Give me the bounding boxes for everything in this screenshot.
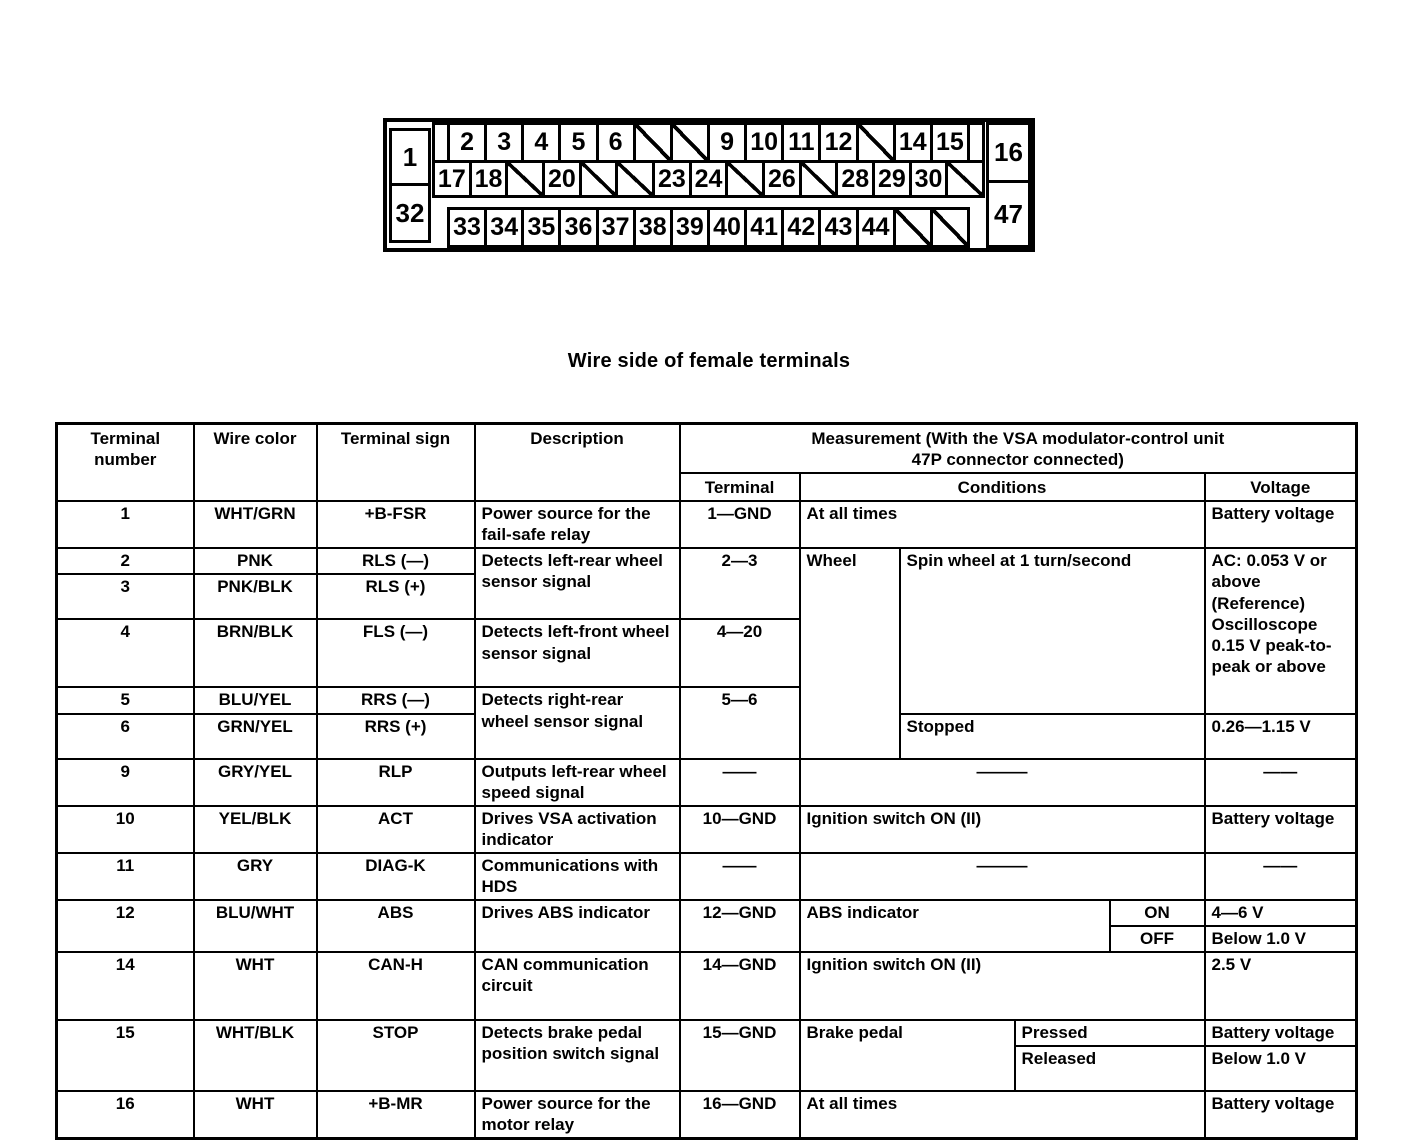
cell-number: 2 — [57, 548, 194, 574]
cell-wire-color: BRN/BLK — [194, 619, 317, 687]
cell-sign: RLS (—) — [317, 548, 475, 574]
cell-sign: RRS (+) — [317, 714, 475, 759]
pin-cell-6: 6 — [596, 122, 636, 163]
table-row-terminal-2: 2 PNK RLS (—) Detects left-rear wheel se… — [57, 548, 1357, 574]
pin-cell-14: 14 — [893, 122, 933, 163]
cell-sign: RRS (—) — [317, 687, 475, 713]
cell-number: 10 — [57, 806, 194, 853]
pin-cell-24: 24 — [689, 160, 729, 198]
cell-conditions: At all times — [800, 1091, 1205, 1139]
cell-description: Detects right-rear wheel sensor signal — [475, 687, 680, 758]
cell-wire-color: PNK/BLK — [194, 574, 317, 619]
table-row-terminal-11: 11 GRY DIAG-K Communications with HDS ——… — [57, 853, 1357, 900]
connector-pin-row-3: 333435363738394041424344 — [432, 207, 985, 248]
cell-condition-released: Released — [1015, 1046, 1205, 1091]
pin-cell-unused — [893, 207, 933, 248]
pin-cell-41: 41 — [744, 207, 784, 248]
cell-description: CAN communication circuit — [475, 952, 680, 1020]
table-row-terminal-14: 14 WHT CAN-H CAN communication circuit 1… — [57, 952, 1357, 1020]
cell-sign: +B-MR — [317, 1091, 475, 1139]
cell-number: 4 — [57, 619, 194, 687]
cell-number: 16 — [57, 1091, 194, 1139]
cell-number: 3 — [57, 574, 194, 619]
cell-conditions: ABS indicator — [800, 900, 1110, 952]
cell-description: Outputs left-rear wheel speed signal — [475, 759, 680, 806]
cell-terminal: 1—GND — [680, 501, 800, 548]
table-row-terminal-16: 16 WHT +B-MR Power source for the motor … — [57, 1091, 1357, 1139]
pin-cell-32: 32 — [389, 183, 431, 243]
cell-description: Communications with HDS — [475, 853, 680, 900]
pin-cell-4: 4 — [521, 122, 561, 163]
pin-cell-11: 11 — [781, 122, 821, 163]
connector-caption: Wire side of female terminals — [383, 350, 1035, 373]
cell-condition-pressed: Pressed — [1015, 1020, 1205, 1046]
cell-number: 11 — [57, 853, 194, 900]
header-terminal-number: Terminal number — [57, 424, 194, 502]
cell-voltage-off: Below 1.0 V — [1205, 926, 1357, 952]
table-row-terminal-9: 9 GRY/YEL RLP Outputs left-rear wheel sp… — [57, 759, 1357, 806]
cell-terminal: 2—3 — [680, 548, 800, 619]
pin-cell-30: 30 — [909, 160, 949, 198]
cell-terminal: 12—GND — [680, 900, 800, 952]
pin-cell-unused — [856, 122, 896, 163]
pin-cell-34: 34 — [484, 207, 524, 248]
table-row-terminal-12-on: 12 BLU/WHT ABS Drives ABS indicator 12—G… — [57, 900, 1357, 926]
header-description: Description — [475, 424, 680, 502]
cell-sign: DIAG-K — [317, 853, 475, 900]
pin-cell-unused — [633, 122, 673, 163]
cell-number: 14 — [57, 952, 194, 1020]
cell-voltage: Battery voltage — [1205, 1091, 1357, 1139]
pin-cell-18: 18 — [469, 160, 509, 198]
cell-condition-stopped: Stopped — [900, 714, 1205, 759]
cell-number: 9 — [57, 759, 194, 806]
cell-terminal: 14—GND — [680, 952, 800, 1020]
header-terminal-sign: Terminal sign — [317, 424, 475, 502]
pin-cell-16: 16 — [986, 122, 1031, 183]
cell-condition-on: ON — [1110, 900, 1205, 926]
cell-description: Detects brake pedal position switch sign… — [475, 1020, 680, 1091]
cell-voltage-stopped: 0.26—1.15 V — [1205, 714, 1357, 759]
cell-wire-color: YEL/BLK — [194, 806, 317, 853]
cell-conditions: Ignition switch ON (II) — [800, 952, 1205, 1020]
pin-cell-unused — [579, 160, 619, 198]
cell-number: 12 — [57, 900, 194, 952]
cell-sign: CAN-H — [317, 952, 475, 1020]
pin-cell-unused — [615, 160, 655, 198]
cell-wire-color: GRY — [194, 853, 317, 900]
cell-voltage: Battery voltage — [1205, 501, 1357, 548]
cell-wire-color: GRN/YEL — [194, 714, 317, 759]
pin-cell-unused — [505, 160, 545, 198]
connector-pin-row-1: 2345691011121415 — [432, 122, 985, 163]
pin-cell-3: 3 — [484, 122, 524, 163]
cell-wire-color: PNK — [194, 548, 317, 574]
pin-cell-5: 5 — [558, 122, 598, 163]
table-row-terminal-15-pressed: 15 WHT/BLK STOP Detects brake pedal posi… — [57, 1020, 1357, 1046]
cell-wire-color: WHT/BLK — [194, 1020, 317, 1091]
cell-voltage-released: Below 1.0 V — [1205, 1046, 1357, 1091]
pin-cell-47: 47 — [986, 180, 1031, 248]
cell-terminal-dash: —— — [680, 853, 800, 900]
cell-terminal: 15—GND — [680, 1020, 800, 1091]
pin-cell-37: 37 — [596, 207, 636, 248]
cell-sign: RLS (+) — [317, 574, 475, 619]
cell-voltage-dash: —— — [1205, 759, 1357, 806]
cell-description: Power source for the motor relay — [475, 1091, 680, 1139]
cell-sign: STOP — [317, 1020, 475, 1091]
pin-cell-unused — [725, 160, 765, 198]
pin-cell-35: 35 — [521, 207, 561, 248]
cell-wire-color: WHT/GRN — [194, 501, 317, 548]
table-header-row-1: Terminal number Wire color Terminal sign… — [57, 424, 1357, 474]
pin-cell-12: 12 — [818, 122, 858, 163]
pin-cell-unused — [945, 160, 985, 198]
header-measurement: Measurement (With the VSA modulator-cont… — [680, 424, 1357, 474]
cell-sign: RLP — [317, 759, 475, 806]
cell-voltage-pressed: Battery voltage — [1205, 1020, 1357, 1046]
pin-cell-28: 28 — [835, 160, 875, 198]
cell-condition-off: OFF — [1110, 926, 1205, 952]
cell-voltage: Battery voltage — [1205, 806, 1357, 853]
terminal-table-wrapper: Terminal number Wire color Terminal sign… — [55, 422, 1358, 1140]
cell-terminal: 16—GND — [680, 1091, 800, 1139]
pin-cell-10: 10 — [744, 122, 784, 163]
pin-cell-17: 17 — [432, 160, 472, 198]
pin-cell-2: 2 — [447, 122, 487, 163]
cell-voltage-on: 4—6 V — [1205, 900, 1357, 926]
cell-terminal: 5—6 — [680, 687, 800, 758]
pin-cell-15: 15 — [930, 122, 970, 163]
cell-terminal: 4—20 — [680, 619, 800, 687]
cell-number: 15 — [57, 1020, 194, 1091]
cell-conditions-dash: ——— — [800, 759, 1205, 806]
pin-cell-36: 36 — [558, 207, 598, 248]
cell-conditions: At all times — [800, 501, 1205, 548]
cell-sign: +B-FSR — [317, 501, 475, 548]
pin-cell-1: 1 — [389, 128, 431, 186]
pin-cell-33: 33 — [447, 207, 487, 248]
cell-wire-color: BLU/YEL — [194, 687, 317, 713]
pin-cell-39: 39 — [670, 207, 710, 248]
pin-cell-43: 43 — [818, 207, 858, 248]
cell-description: Drives ABS indicator — [475, 900, 680, 952]
connector-pin-row-2: 171820232426282930 — [432, 160, 985, 198]
cell-description: Power source for the fail-safe relay — [475, 501, 680, 548]
cell-terminal: 10—GND — [680, 806, 800, 853]
pin-cell-unused — [670, 122, 710, 163]
cell-voltage-spin: AC: 0.053 V or above (Reference) Oscillo… — [1205, 548, 1357, 713]
cell-wire-color: GRY/YEL — [194, 759, 317, 806]
cell-wire-color: BLU/WHT — [194, 900, 317, 952]
header-conditions: Conditions — [800, 473, 1205, 501]
cell-description: Drives VSA activation indicator — [475, 806, 680, 853]
pin-cell-40: 40 — [707, 207, 747, 248]
pin-cell-42: 42 — [781, 207, 821, 248]
header-terminal: Terminal — [680, 473, 800, 501]
cell-conditions: Ignition switch ON (II) — [800, 806, 1205, 853]
pin-cell-blank — [967, 122, 985, 163]
cell-wire-color: WHT — [194, 952, 317, 1020]
cell-conditions-dash: ——— — [800, 853, 1205, 900]
connector-47p-diagram: 1 32 16 47 2345691011121415 171820232426… — [383, 118, 1035, 252]
table-row-terminal-10: 10 YEL/BLK ACT Drives VSA activation ind… — [57, 806, 1357, 853]
pin-cell-unused — [930, 207, 970, 248]
cell-number: 6 — [57, 714, 194, 759]
pin-cell-38: 38 — [633, 207, 673, 248]
table-row-terminal-1: 1 WHT/GRN +B-FSR Power source for the fa… — [57, 501, 1357, 548]
cell-number: 5 — [57, 687, 194, 713]
pin-cell-44: 44 — [856, 207, 896, 248]
pin-cell-unused — [799, 160, 839, 198]
cell-sign: FLS (—) — [317, 619, 475, 687]
connector-pin-rows: 2345691011121415 171820232426282930 3334… — [432, 122, 985, 248]
header-wire-color: Wire color — [194, 424, 317, 502]
pin-cell-23: 23 — [652, 160, 692, 198]
cell-sign: ACT — [317, 806, 475, 853]
cell-number: 1 — [57, 501, 194, 548]
terminal-table: Terminal number Wire color Terminal sign… — [55, 422, 1358, 1140]
pin-cell-9: 9 — [707, 122, 747, 163]
cell-condition-spin: Spin wheel at 1 turn/second — [900, 548, 1205, 713]
cell-description: Detects left-rear wheel sensor signal — [475, 548, 680, 619]
cell-sign: ABS — [317, 900, 475, 952]
pin-cell-20: 20 — [542, 160, 582, 198]
cell-terminal-dash: —— — [680, 759, 800, 806]
cell-voltage-dash: —— — [1205, 853, 1357, 900]
cell-description: Detects left-front wheel sensor signal — [475, 619, 680, 687]
cell-wheel-label: Wheel — [800, 548, 900, 758]
header-voltage: Voltage — [1205, 473, 1357, 501]
pin-cell-29: 29 — [872, 160, 912, 198]
cell-voltage: 2.5 V — [1205, 952, 1357, 1020]
cell-wire-color: WHT — [194, 1091, 317, 1139]
cell-conditions: Brake pedal — [800, 1020, 1015, 1091]
pin-cell-26: 26 — [762, 160, 802, 198]
